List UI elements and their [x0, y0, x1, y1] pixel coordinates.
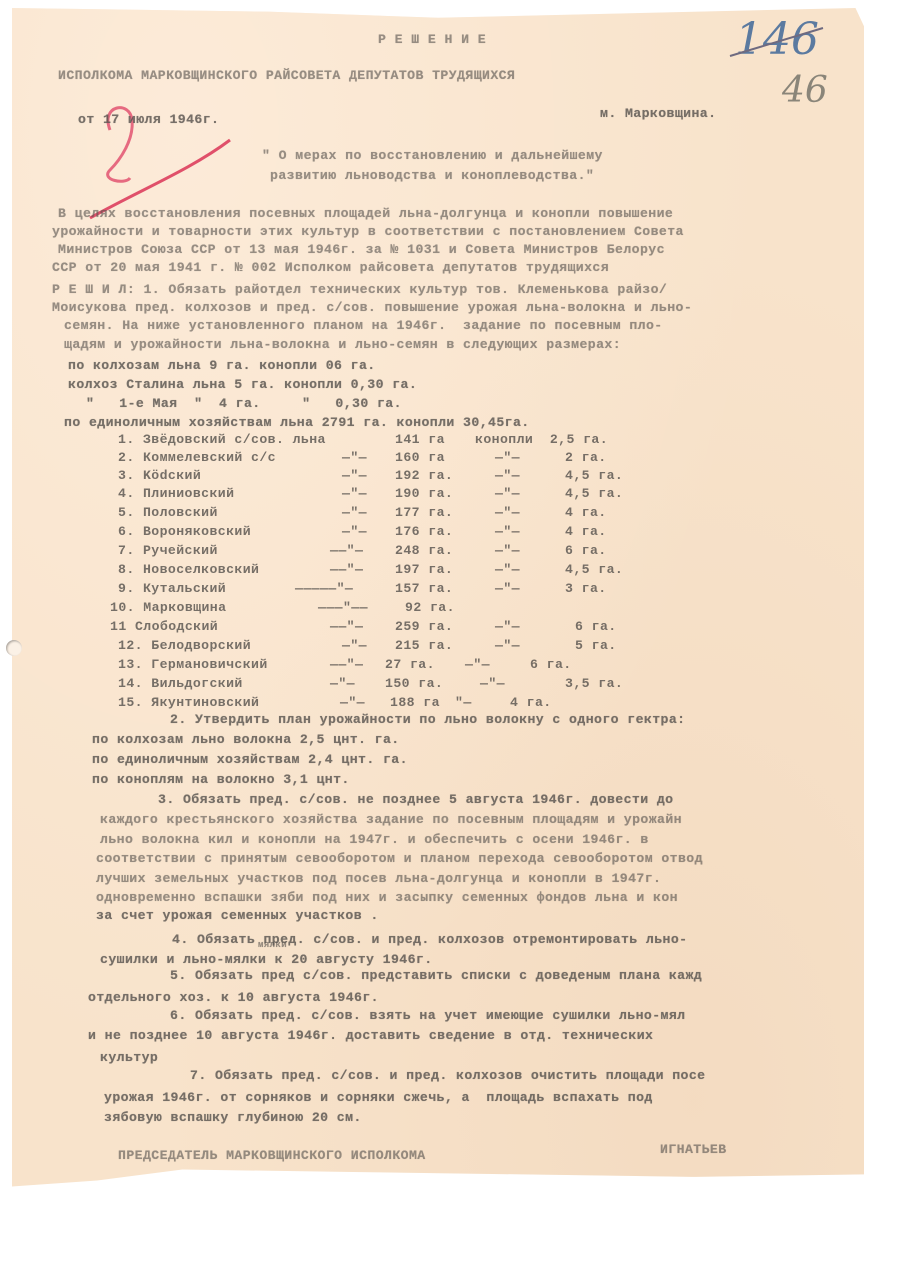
ditto-mark: —"— [342, 450, 367, 465]
table-row: 2. Коммелевский с/с [118, 450, 276, 465]
document-date: от 17 июля 1946г. [78, 112, 219, 127]
section-3-line: за счет урожая семенных участков . [96, 908, 379, 923]
section-4-line: 4. Обязать пред. с/сов. и пред. колхозов… [172, 932, 687, 947]
section-6-line: культур [100, 1050, 158, 1065]
ditto-mark: ——"— [330, 543, 363, 558]
table-row: 6. Вороняковский [118, 524, 251, 539]
ditto-mark: —"— [480, 676, 505, 691]
table-cell-flax: 215 га. [395, 638, 453, 653]
header-organization: ИСПОЛКОМА МАРКОВЩИНСКОГО РАЙСОВЕТА ДЕПУТ… [58, 68, 515, 83]
section-3-line: каждого крестьянского хозяйства задание … [100, 812, 682, 827]
ditto-mark: —"— [495, 505, 520, 520]
punch-hole [6, 640, 22, 656]
kolkhoz-line: по колхозам льна 9 га. конопли 06 га. [68, 358, 376, 373]
table-cell-flax: 192 га. [395, 468, 453, 483]
ditto-mark: —"— [495, 543, 520, 558]
table-cell-flax: 190 га. [395, 486, 453, 501]
ditto-mark: "— [455, 695, 472, 710]
ditto-mark: —"— [330, 676, 355, 691]
preamble-line: ССР от 20 мая 1941 г. № 002 Исполком рай… [52, 260, 609, 275]
table-cell-hemp: 2 га. [565, 450, 607, 465]
table-cell-hemp: 3,5 га. [565, 676, 623, 691]
section-2-line: по колхозам льно волокна 2,5 цнт. га. [92, 732, 400, 747]
section-2-line: по коноплям на волокно 3,1 цнт. [92, 772, 350, 787]
section-3-line: соответствии с принятым севооборотом и п… [96, 851, 703, 866]
table-cell-hemp: 4,5 га. [565, 486, 623, 501]
table-cell-hemp: 4 га. [565, 524, 607, 539]
ditto-mark: —"— [465, 657, 490, 672]
section-2-line: 2. Утвердить план урожайности по льно во… [170, 712, 685, 727]
ditto-mark: —"— [495, 562, 520, 577]
ditto-mark: ———"—— [318, 600, 368, 615]
signature-name: ИГНАТЬЕВ [660, 1142, 727, 1157]
ditto-mark: ——"— [330, 562, 363, 577]
table-cell-hemp: конопли 2,5 га. [475, 432, 608, 447]
ditto-mark: —"— [342, 468, 367, 483]
table-cell-flax: 27 га. [385, 657, 435, 672]
table-row: 10. Марковщина [110, 600, 226, 615]
section-7-line: урожая 1946г. от сорняков и сорняки сжеч… [104, 1090, 653, 1105]
ditto-mark: —"— [495, 450, 520, 465]
table-cell-hemp: 6 га. [575, 619, 617, 634]
ditto-mark: —"— [495, 638, 520, 653]
table-cell-hemp: 5 га. [575, 638, 617, 653]
individual-farms-header: по единоличным хозяйствам льна 2791 га. … [64, 415, 530, 430]
table-row: 7. Ручейский [118, 543, 218, 558]
table-row: 1. Звёдовский с/сов. льна [118, 432, 326, 447]
table-row: 12. Белодворский [118, 638, 251, 653]
section-3-line: льно волокна кил и конопли на 1947г. и о… [100, 832, 649, 847]
preamble-line: В целях восстановления посевных площадей… [58, 206, 673, 221]
table-cell-hemp: 4,5 га. [565, 562, 623, 577]
table-cell-flax: 188 га [390, 695, 440, 710]
preamble-line: Министров Союза ССР от 13 мая 1946г. за … [58, 242, 665, 257]
ditto-mark: ——"— [330, 657, 363, 672]
preamble-line: Р Е Ш И Л: 1. Обязать райотдел техническ… [52, 282, 667, 297]
section-4-line: сушилки и льно-мялки к 20 августу 1946г. [100, 952, 433, 967]
table-row: 11 Слободский [110, 619, 218, 634]
archive-number-grey: 46 [782, 70, 828, 111]
table-cell-hemp: 6 га. [565, 543, 607, 558]
section-5-line: отдельного хоз. к 10 августа 1946г. [88, 990, 379, 1005]
preamble-line: урожайности и товарности этих культур в … [52, 224, 684, 239]
section-3-line: одновременно вспашки зяби под них и засы… [96, 890, 678, 905]
table-row: 14. Вильдогский [118, 676, 243, 691]
preamble-line: семян. На ниже установленного планом на … [64, 318, 663, 333]
ditto-mark: —"— [342, 638, 367, 653]
table-row: 8. Новоселковский [118, 562, 259, 577]
kolkhoz-line: " 1-е Мая " 4 га. " 0,30 га. [86, 396, 402, 411]
preamble-line: щадям и урожайности льна-волокна и льно-… [64, 337, 621, 352]
section-6-line: 6. Обязать пред. с/сов. взять на учет им… [170, 1008, 685, 1023]
section-7-line: зябовую вспашку глубиною 20 см. [104, 1110, 362, 1125]
section-7-line: 7. Обязать пред. с/сов. и пред. колхозов… [190, 1068, 705, 1083]
table-cell-flax: 248 га. [395, 543, 453, 558]
ditto-mark: —"— [342, 486, 367, 501]
table-cell-hemp: 4 га. [565, 505, 607, 520]
section-3-line: 3. Обязать пред. с/сов. не позднее 5 авг… [158, 792, 673, 807]
table-row: 15. Якунтиновский [118, 695, 259, 710]
kolkhoz-line: колхоз Сталина льна 5 га. конопли 0,30 г… [68, 377, 417, 392]
ditto-mark: —"— [342, 505, 367, 520]
ditto-mark: —"— [495, 581, 520, 596]
table-cell-hemp: 3 га. [565, 581, 607, 596]
table-cell-flax: 141 га [395, 432, 445, 447]
table-cell-flax: 150 га. [385, 676, 443, 691]
table-cell-hemp: 4,5 га. [565, 468, 623, 483]
section-5-line: 5. Обязать пред с/сов. представить списк… [170, 968, 702, 983]
section-3-line: лучших земельных участков под посев льна… [96, 871, 661, 886]
table-row: 13. Германовичский [118, 657, 268, 672]
table-row: 5. Половский [118, 505, 218, 520]
ditto-mark: —"— [495, 468, 520, 483]
table-cell-flax: 197 га. [395, 562, 453, 577]
table-cell-flax: 176 га. [395, 524, 453, 539]
document-title: Р Е Ш Е Н И Е [378, 32, 486, 47]
ditto-mark: —"— [342, 524, 367, 539]
subject-line-2: развитию льноводства и коноплеводства." [270, 168, 594, 183]
document-place: м. Марковщина. [600, 106, 716, 121]
ditto-mark: —————"— [295, 581, 353, 596]
table-cell-flax: 177 га. [395, 505, 453, 520]
table-cell-flax: 160 га [395, 450, 445, 465]
table-cell-flax: 92 га. [405, 600, 455, 615]
strike-through-icon [728, 20, 828, 60]
table-cell-flax: 157 га. [395, 581, 453, 596]
ditto-mark: —"— [340, 695, 365, 710]
ditto-mark: —"— [495, 619, 520, 634]
section-2-line: по единоличным хозяйствам 2,4 цнт. га. [92, 752, 408, 767]
section-6-line: и не позднее 10 августа 1946г. доставить… [88, 1028, 653, 1043]
table-row: 4. Плиниовский [118, 486, 234, 501]
table-cell-hemp: 6 га. [530, 657, 572, 672]
ditto-mark: —"— [495, 486, 520, 501]
ditto-mark: —"— [495, 524, 520, 539]
table-cell-flax: 259 га. [395, 619, 453, 634]
table-cell-hemp: 4 га. [510, 695, 552, 710]
section-4-insert: мялки [258, 940, 287, 950]
signature-title: ПРЕДСЕДАТЕЛЬ МАРКОВЩИНСКОГО ИСПОЛКОМА [118, 1148, 426, 1163]
table-row: 9. Кутальский [118, 581, 226, 596]
ditto-mark: ——"— [330, 619, 363, 634]
subject-line-1: " О мерах по восстановлению и дальнейшем… [262, 148, 603, 163]
table-row: 3. Ködский [118, 468, 201, 483]
preamble-line: Моисукова пред. колхозов и пред. с/сов. … [52, 300, 692, 315]
